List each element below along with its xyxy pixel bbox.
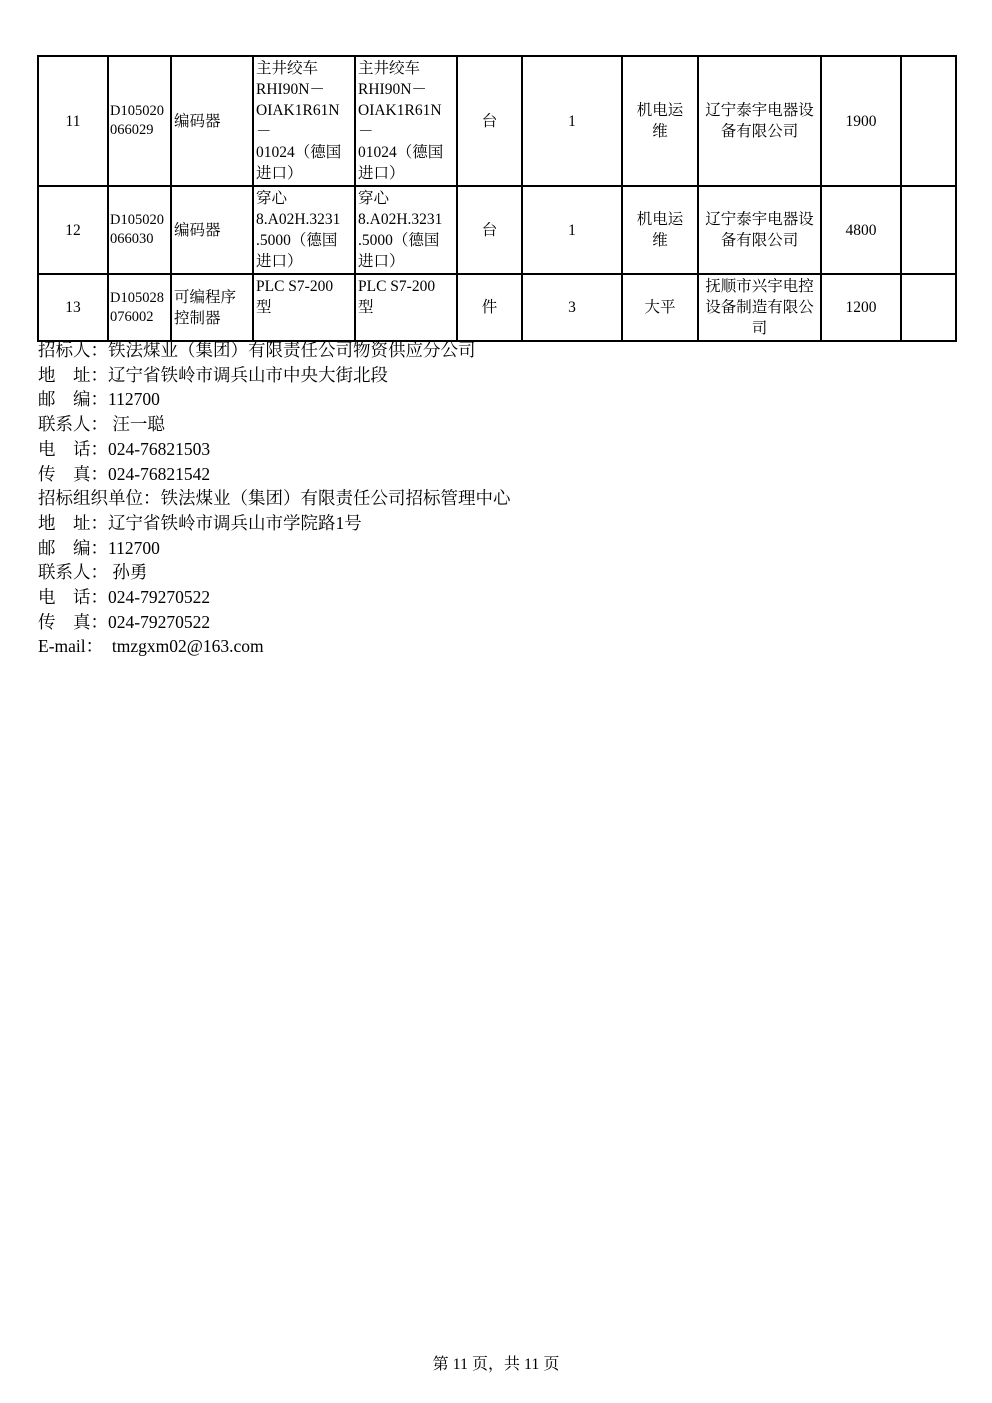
page-number-footer: 第 11 页，共 11 页	[0, 1351, 992, 1374]
user-unit-cell: 机电运 维	[622, 186, 698, 274]
supplier-cell: 辽宁泰宇电器设 备有限公司	[698, 56, 821, 186]
row-no-cell: 13	[38, 274, 108, 341]
quantity-cell: 3	[522, 274, 622, 341]
quantity-cell: 1	[522, 56, 622, 186]
material-name-cell: 编码器	[171, 56, 253, 186]
email-line: E-mail： tmzgxm02@163.com	[38, 634, 938, 659]
spec-model-cell: PLC S7-200 型	[253, 274, 355, 341]
user-unit-cell: 大平	[622, 274, 698, 341]
table-row: 11 D105020 066029 编码器 主井绞车 RHI90N－ OIAK1…	[38, 56, 956, 186]
bidder-address-line: 地 址：辽宁省铁岭市调兵山市中央大街北段	[38, 363, 938, 388]
unit-cell: 台	[457, 186, 522, 274]
organizer-contact-person-line: 联系人： 孙勇	[38, 560, 938, 585]
organizer-postcode-line: 邮 编：112700	[38, 536, 938, 561]
material-code-cell: D105028 076002	[108, 274, 171, 341]
bidder-fax-line: 传 真：024-76821542	[38, 462, 938, 487]
user-unit-cell: 机电运 维	[622, 56, 698, 186]
unit-cell: 件	[457, 274, 522, 341]
price-cell: 1200	[821, 274, 901, 341]
row-no-cell: 11	[38, 56, 108, 186]
note-cell	[901, 274, 956, 341]
spec-model-cell-2: 主井绞车 RHI90N－ OIAK1R61N－ 01024（德国 进口）	[355, 56, 457, 186]
price-cell: 4800	[821, 186, 901, 274]
price-cell: 1900	[821, 56, 901, 186]
organizer-fax-line: 传 真：024-79270522	[38, 610, 938, 635]
quantity-cell: 1	[522, 186, 622, 274]
spec-model-cell-2: 穿心 8.A02H.3231 .5000（德国 进口）	[355, 186, 457, 274]
material-name-cell: 可编程序 控制器	[171, 274, 253, 341]
organizer-address-line: 地 址：辽宁省铁岭市调兵山市学院路1号	[38, 511, 938, 536]
material-name-cell: 编码器	[171, 186, 253, 274]
note-cell	[901, 186, 956, 274]
spec-model-cell: 穿心 8.A02H.3231 .5000（德国 进口）	[253, 186, 355, 274]
organizer-name-line: 招标组织单位：铁法煤业（集团）有限责任公司招标管理中心	[38, 486, 938, 511]
table-row: 13 D105028 076002 可编程序 控制器 PLC S7-200 型 …	[38, 274, 956, 341]
note-cell	[901, 56, 956, 186]
spec-model-cell-2: PLC S7-200 型	[355, 274, 457, 341]
material-code-cell: D105020 066029	[108, 56, 171, 186]
supplier-cell: 辽宁泰宇电器设 备有限公司	[698, 186, 821, 274]
bidder-postcode-line: 邮 编：112700	[38, 387, 938, 412]
unit-cell: 台	[457, 56, 522, 186]
spec-model-cell: 主井绞车 RHI90N－ OIAK1R61N－ 01024（德国 进口）	[253, 56, 355, 186]
materials-table: 11 D105020 066029 编码器 主井绞车 RHI90N－ OIAK1…	[37, 55, 957, 342]
contact-info-block: 招标人：铁法煤业（集团）有限责任公司物资供应分公司 地 址：辽宁省铁岭市调兵山市…	[38, 338, 938, 659]
row-no-cell: 12	[38, 186, 108, 274]
supplier-cell: 抚顺市兴宇电控 设备制造有限公 司	[698, 274, 821, 341]
bidder-contact-person-line: 联系人： 汪一聪	[38, 412, 938, 437]
bidder-name-line: 招标人：铁法煤业（集团）有限责任公司物资供应分公司	[38, 338, 938, 363]
table-row: 12 D105020 066030 编码器 穿心 8.A02H.3231 .50…	[38, 186, 956, 274]
organizer-phone-line: 电 话：024-79270522	[38, 585, 938, 610]
bidder-phone-line: 电 话：024-76821503	[38, 437, 938, 462]
material-code-cell: D105020 066030	[108, 186, 171, 274]
